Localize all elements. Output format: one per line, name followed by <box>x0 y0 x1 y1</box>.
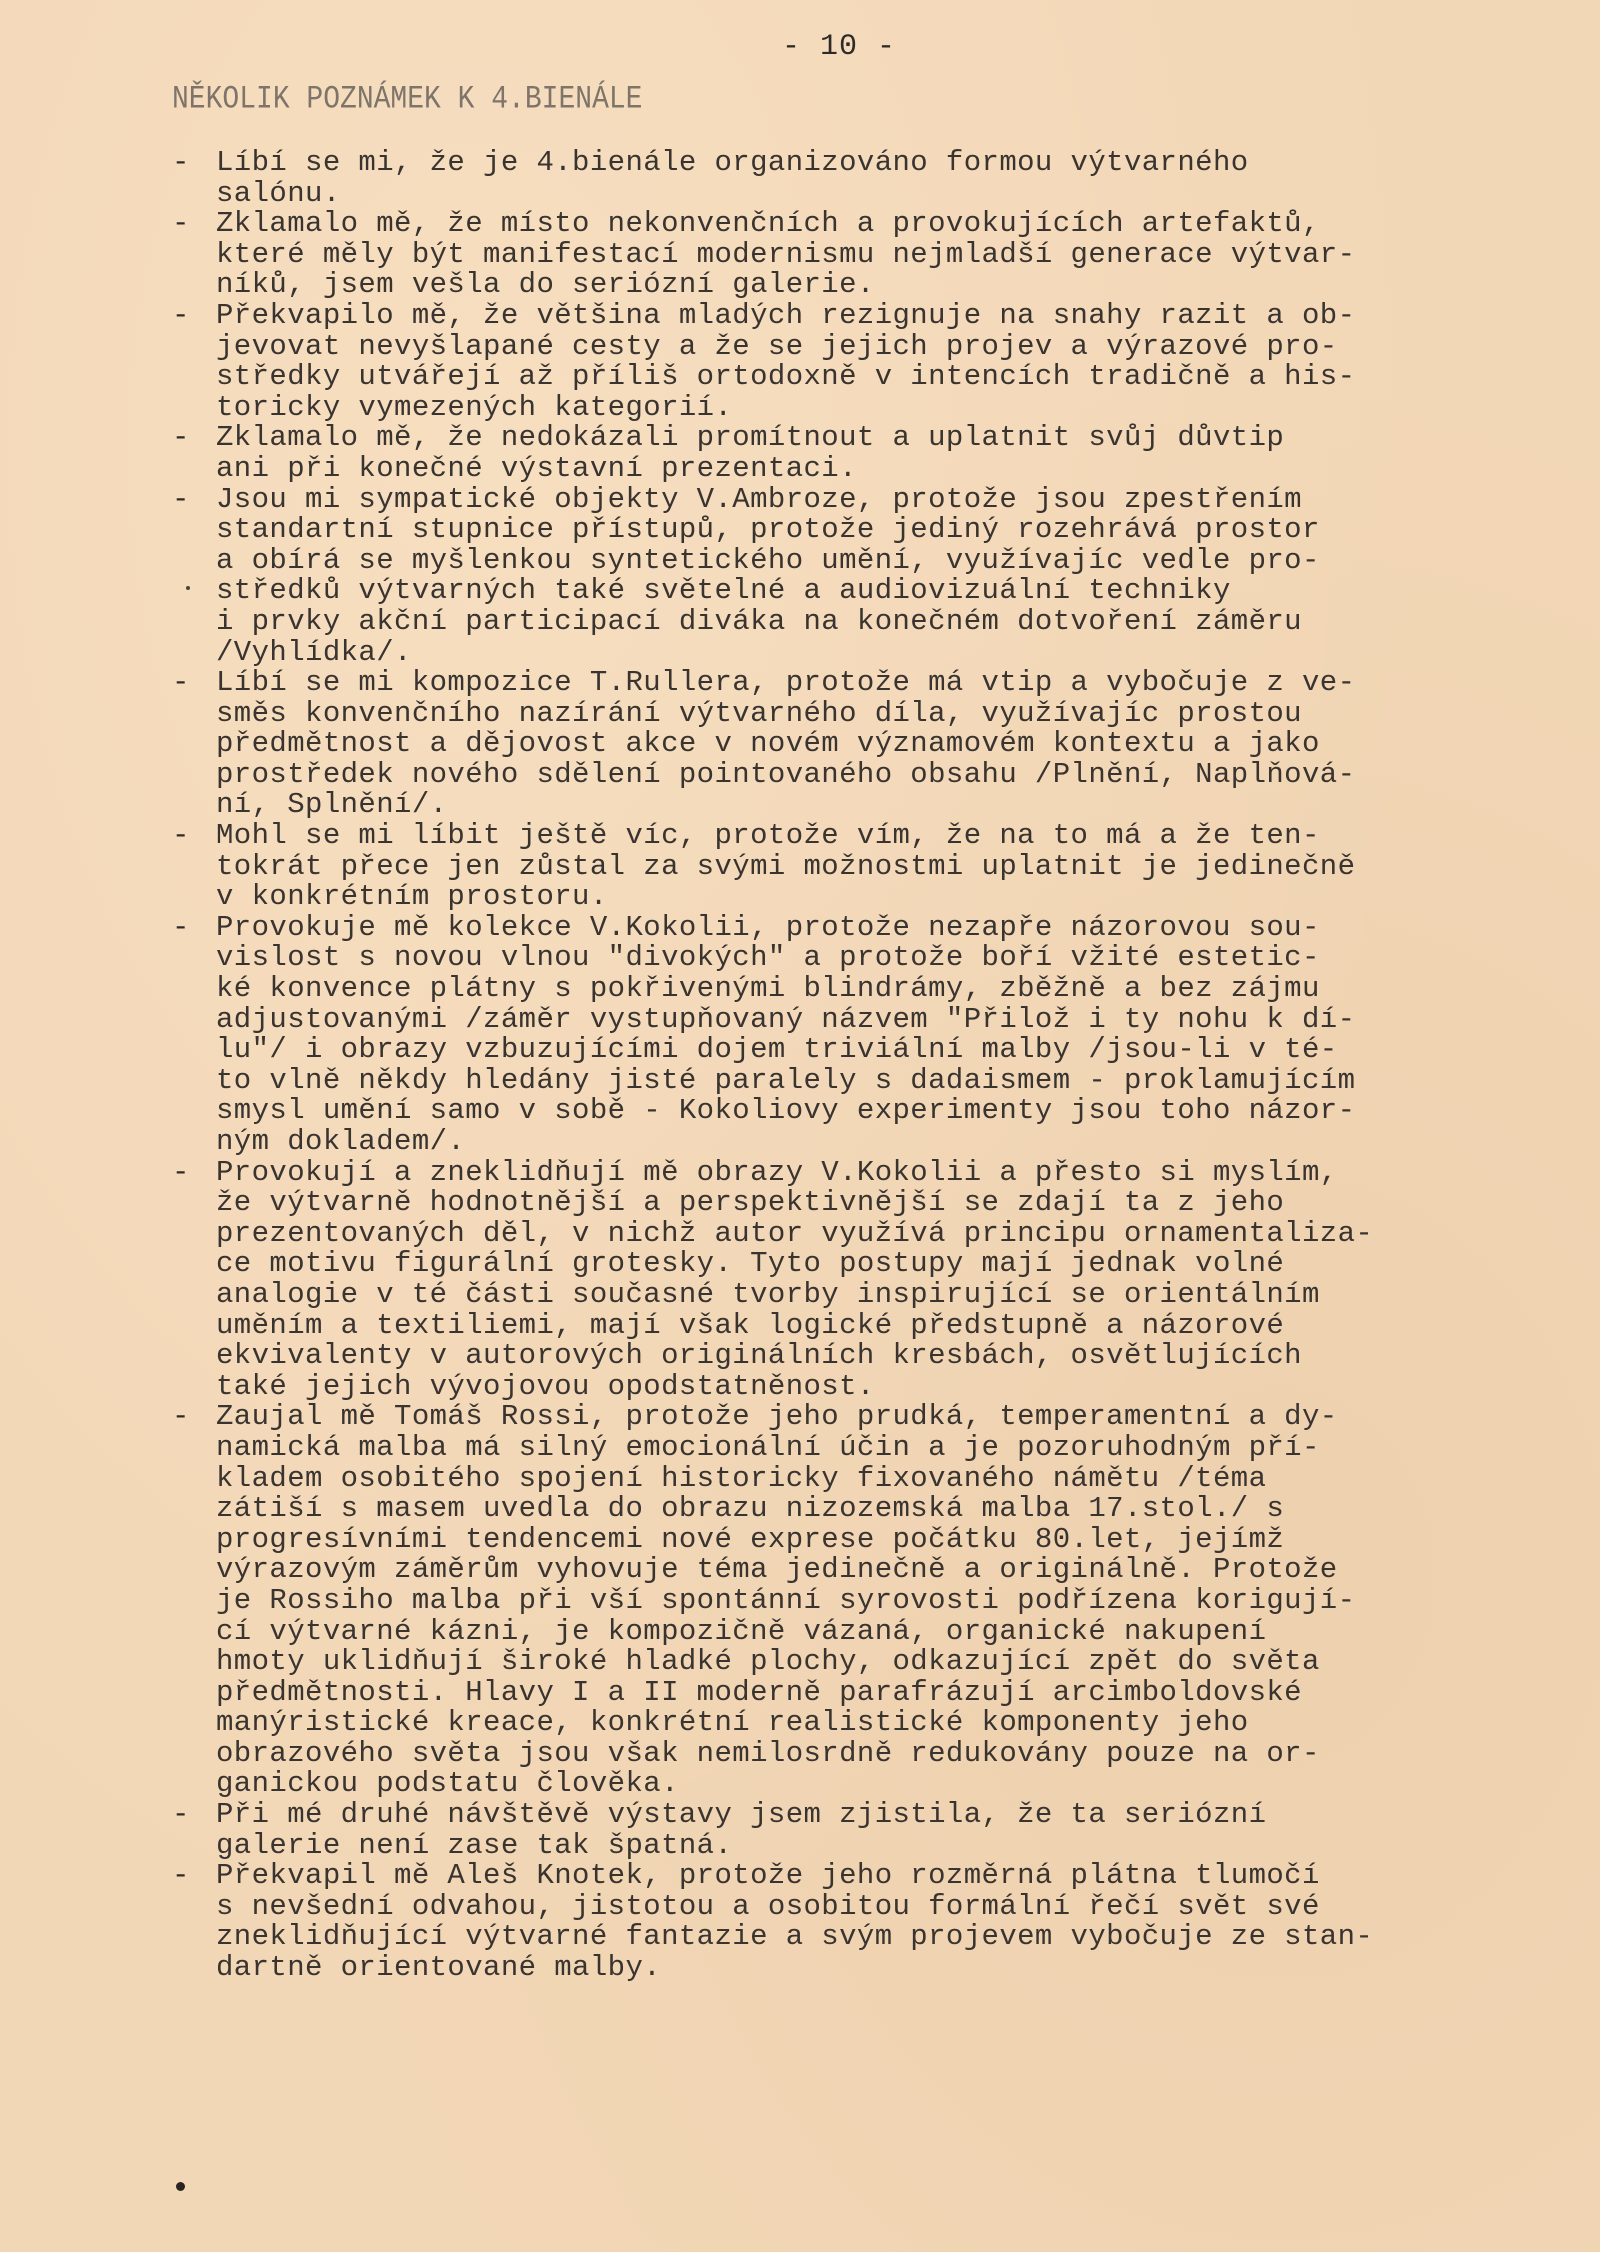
note-line: salónu. <box>216 179 1572 210</box>
note-line: Zaujal mě Tomáš Rossi, protože jeho prud… <box>216 1402 1572 1433</box>
note-item: - Zaujal mě Tomáš Rossi, protože jeho pr… <box>172 1402 1572 1800</box>
page-heading: NĚKOLIK POZNÁMEK K 4.BIENÁLE <box>172 82 642 118</box>
note-line: vislost s novou vlnou "divokých" a proto… <box>216 943 1572 974</box>
note-line: Při mé druhé návštěvě výstavy jsem zjist… <box>216 1800 1572 1831</box>
note-line: galerie není zase tak špatná. <box>216 1831 1572 1862</box>
dash-bullet-icon: - <box>172 1861 189 1892</box>
note-line: ní, Splnění/. <box>216 790 1572 821</box>
note-line: Provokuje mě kolekce V.Kokolii, protože … <box>216 913 1572 944</box>
note-line: obrazového světa jsou však nemilosrdně r… <box>216 1739 1572 1770</box>
dash-bullet-icon: - <box>172 668 189 699</box>
note-line: hmoty uklidňují široké hladké plochy, od… <box>216 1647 1572 1678</box>
note-item: - Při mé druhé návštěvě výstavy jsem zji… <box>172 1800 1572 1861</box>
note-line: které měly být manifestací modernismu ne… <box>216 240 1572 271</box>
dash-bullet-icon: - <box>172 485 189 516</box>
note-line: Líbí se mi, že je 4.bienále organizováno… <box>216 148 1572 179</box>
note-item: - Líbí se mi, že je 4.bienále organizová… <box>172 148 1572 209</box>
dash-bullet-icon: - <box>172 1402 189 1433</box>
note-line: ekvivalenty v autorových originálních kr… <box>216 1341 1572 1372</box>
note-line: je Rossiho malba při vší spontánní syrov… <box>216 1586 1572 1617</box>
note-line: směs konvenčního nazírání výtvarného díl… <box>216 699 1572 730</box>
note-line: analogie v té části současné tvorby insp… <box>216 1280 1572 1311</box>
note-line: Provokují a zneklidňují mě obrazy V.Koko… <box>216 1158 1572 1189</box>
note-line: manýristické kreace, konkrétní realistic… <box>216 1708 1572 1739</box>
note-item: - Provokují a zneklidňují mě obrazy V.Ko… <box>172 1158 1572 1403</box>
note-line: Zklamalo mě, že místo nekonvenčních a pr… <box>216 209 1572 240</box>
dash-bullet-icon: - <box>172 1158 189 1189</box>
note-line: zátiší s masem uvedla do obrazu nizozems… <box>216 1494 1572 1525</box>
typewritten-page: - 10 - NĚKOLIK POZNÁMEK K 4.BIENÁLE - Lí… <box>0 0 1600 2252</box>
note-line: Jsou mi sympatické objekty V.Ambroze, pr… <box>216 485 1572 516</box>
note-line: standartní stupnice přístupů, protože je… <box>216 515 1572 546</box>
note-line: zneklidňující výtvarné fantazie a svým p… <box>216 1922 1572 1953</box>
dash-bullet-icon: - <box>172 209 189 240</box>
note-line: progresívními tendencemi nové exprese po… <box>216 1525 1572 1556</box>
note-line: Zklamalo mě, že nedokázali promítnout a … <box>216 423 1572 454</box>
note-line: to vlně někdy hledány jisté paralely s d… <box>216 1066 1572 1097</box>
dash-bullet-icon: - <box>172 148 189 179</box>
note-line: ce motivu figurální grotesky. Tyto postu… <box>216 1249 1572 1280</box>
ink-dot-mark <box>176 2182 185 2191</box>
note-line: jevovat nevyšlapané cesty a že se jejich… <box>216 332 1572 363</box>
note-line: středků výtvarných také světelné a audio… <box>216 576 1572 607</box>
notes-list: - Líbí se mi, že je 4.bienále organizová… <box>172 148 1572 1984</box>
margin-dot-mark <box>186 586 190 590</box>
note-line: ganickou podstatu člověka. <box>216 1769 1572 1800</box>
page-number: - 10 - <box>782 30 896 64</box>
note-item: - Líbí se mi kompozice T.Rullera, protož… <box>172 668 1572 821</box>
note-item: - Zklamalo mě, že místo nekonvenčních a … <box>172 209 1572 301</box>
dash-bullet-icon: - <box>172 913 189 944</box>
note-line: výrazovým záměrům vyhovuje téma jedinečn… <box>216 1555 1572 1586</box>
note-line: Překvapil mě Aleš Knotek, protože jeho r… <box>216 1861 1572 1892</box>
note-line: a obírá se myšlenkou syntetického umění,… <box>216 546 1572 577</box>
note-line: /Vyhlídka/. <box>216 638 1572 669</box>
note-line: středky utvářejí až příliš ortodoxně v i… <box>216 362 1572 393</box>
note-line: předmětnosti. Hlavy I a II moderně paraf… <box>216 1678 1572 1709</box>
note-item: - Provokuje mě kolekce V.Kokolii, protož… <box>172 913 1572 1158</box>
note-item: - Jsou mi sympatické objekty V.Ambroze, … <box>172 485 1572 669</box>
note-line: cí výtvarné kázni, je kompozičně vázaná,… <box>216 1617 1572 1648</box>
note-line: lu"/ i obrazy vzbuzujícími dojem triviál… <box>216 1035 1572 1066</box>
note-line: předmětnost a dějovost akce v novém význ… <box>216 729 1572 760</box>
note-line: prezentovaných děl, v nichž autor využív… <box>216 1219 1572 1250</box>
note-item: - Zklamalo mě, že nedokázali promítnout … <box>172 423 1572 484</box>
note-line: Překvapilo mě, že většina mladých rezign… <box>216 301 1572 332</box>
note-line: také jejich vývojovou opodstatněnost. <box>216 1372 1572 1403</box>
note-line: Mohl se mi líbit ještě víc, protože vím,… <box>216 821 1572 852</box>
note-line: i prvky akční participací diváka na kone… <box>216 607 1572 638</box>
dash-bullet-icon: - <box>172 821 189 852</box>
note-line: že výtvarně hodnotnější a perspektivnějš… <box>216 1188 1572 1219</box>
note-line: kladem osobitého spojení historicky fixo… <box>216 1464 1572 1495</box>
note-line: s nevšední odvahou, jistotou a osobitou … <box>216 1892 1572 1923</box>
note-line: Líbí se mi kompozice T.Rullera, protože … <box>216 668 1572 699</box>
note-line: namická malba má silný emocionální účin … <box>216 1433 1572 1464</box>
dash-bullet-icon: - <box>172 1800 189 1831</box>
note-line: ani při konečné výstavní prezentaci. <box>216 454 1572 485</box>
note-line: tokrát přece jen zůstal za svými možnost… <box>216 852 1572 883</box>
note-line: adjustovanými /záměr vystupňovaný názvem… <box>216 1005 1572 1036</box>
note-line: ké konvence plátny s pokřivenými blindrá… <box>216 974 1572 1005</box>
note-item: - Mohl se mi líbit ještě víc, protože ví… <box>172 821 1572 913</box>
note-item: - Překvapilo mě, že většina mladých rezi… <box>172 301 1572 423</box>
note-line: níků, jsem vešla do seriózní galerie. <box>216 270 1572 301</box>
dash-bullet-icon: - <box>172 301 189 332</box>
note-line: v konkrétním prostoru. <box>216 882 1572 913</box>
note-line: ným dokladem/. <box>216 1127 1572 1158</box>
note-line: prostředek nového sdělení pointovaného o… <box>216 760 1572 791</box>
note-line: dartně orientované malby. <box>216 1953 1572 1984</box>
dash-bullet-icon: - <box>172 423 189 454</box>
note-line: toricky vymezených kategorií. <box>216 393 1572 424</box>
note-line: uměním a textiliemi, mají však logické p… <box>216 1311 1572 1342</box>
note-line: smysl umění samo v sobě - Kokoliovy expe… <box>216 1096 1572 1127</box>
note-item: - Překvapil mě Aleš Knotek, protože jeho… <box>172 1861 1572 1983</box>
